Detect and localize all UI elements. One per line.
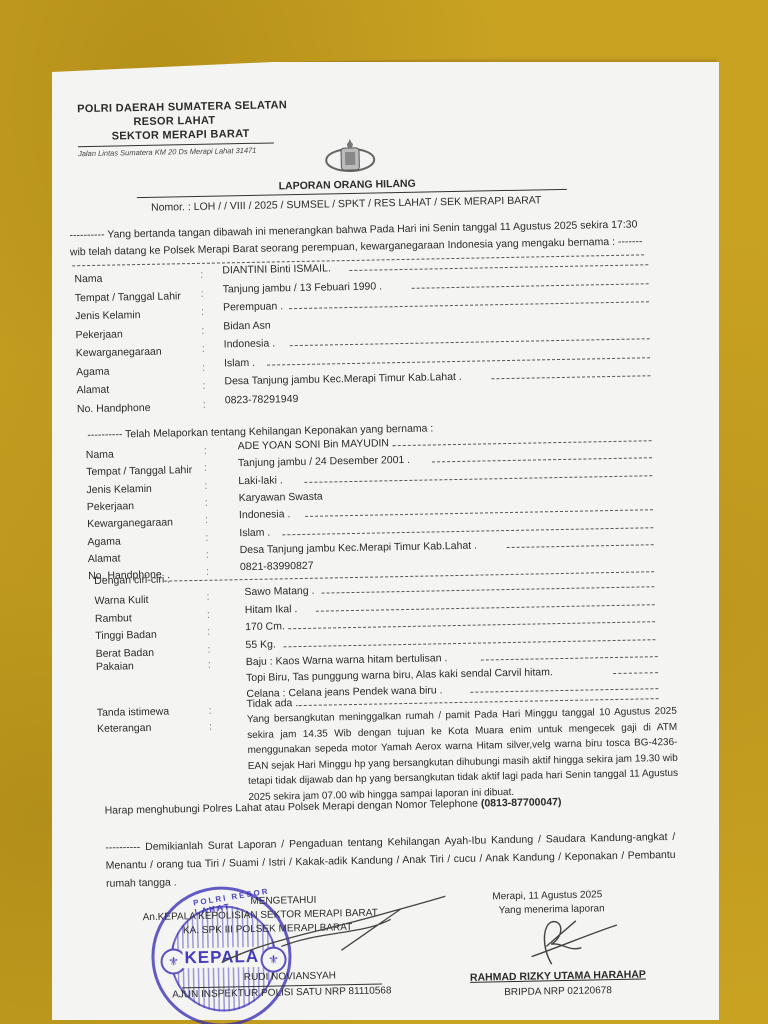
field-value: 0823-78291949 [225,393,299,406]
colon: : [204,479,207,491]
field-label: Alamat [76,384,109,397]
field-value: DIANTINI Binti ISMAIL. [222,262,331,276]
colon: : [206,591,209,603]
left-signature-scribble [220,888,451,972]
report-title: LAPORAN ORANG HILANG [279,178,416,193]
dash-line [164,571,654,581]
field-label: Nama [74,273,102,286]
place-date: Merapi, 11 Agustus 2025 [492,889,602,902]
receiver-role: Yang menerima laporan [499,903,605,916]
dash-line [613,672,658,674]
colon: : [204,445,207,457]
colon: : [209,705,212,717]
field-label: Tempat / Tanggal Lahir [86,464,192,478]
pakaian-values: Baju : Kaos Warna warna hitam bertulisan… [44,55,711,68]
colon: : [209,721,212,733]
colon: : [207,626,210,638]
dash-line [507,544,654,548]
tanda-istimewa-value: Tidak ada . [247,697,299,710]
report-number: Nomor. : LOH / / VIII / 2025 / SUMSEL / … [151,194,542,213]
field-value: Tanjung jambu / 13 Febuari 1990 . [223,280,383,295]
colon: : [206,549,209,561]
dash-line [321,586,654,593]
field-value: 0821-83990827 [240,560,314,573]
characteristics-heading: Dengan ciri-ciri : [94,574,170,587]
field-value: Karyawan Swasta [239,490,323,504]
field-value: 55 Kg. [245,638,276,651]
header-line-2: RESOR LAHAT [133,115,215,129]
dash-line [393,440,652,446]
colon: : [208,659,211,671]
dash-line [288,621,655,629]
field-label: Jenis Kelamin [75,309,141,322]
field-value: Desa Tanjung jambu Kec.Merapi Timur Kab.… [240,539,478,556]
dash-line [350,264,649,271]
closing-paragraph: ---------- Demikianlah Surat Laporan / P… [105,828,676,893]
colon: : [201,306,204,318]
field-label: Nama [86,449,114,462]
dash-line [316,604,655,612]
colon: : [202,343,205,355]
colon: : [206,566,209,578]
left-signer-name: RUDI NOVIANSYAH [244,970,336,983]
contact-phone: (0813-87700047) [481,796,562,810]
dash-line [492,375,651,379]
field-label: Pekerjaan [87,500,135,513]
dash-line [481,656,658,660]
tanda-istimewa-label: Tanda istimewa [97,706,170,719]
dash-line [283,639,655,647]
field-value: Islam . [239,526,270,539]
field-value: Islam . [224,356,255,369]
pakaian-line: Topi Biru, Tas punggung warna biru, Alas… [246,666,553,684]
header-line-3: SEKTOR MERAPI BARAT [112,128,250,143]
keterangan-value: Yang bersangkutan meninggalkan rumah / p… [247,704,679,805]
colon: : [204,462,207,474]
colon: : [203,398,206,410]
pakaian-label: Pakaian [96,660,134,673]
police-emblem-icon [324,137,377,174]
dash-line [432,458,652,463]
field-label: Rambut [95,612,132,625]
colon: : [205,531,208,543]
field-value: ADE YOAN SONI Bin MAYUDIN . [238,437,395,452]
field-label: Kewarganegaraan [87,517,173,531]
receiver-rank: BRIPDA NRP 02120678 [504,985,612,998]
dash-line [411,283,648,289]
dash-line [289,301,649,309]
field-value: Perempuan . [223,300,283,313]
field-label: Alamat [88,552,121,565]
field-label: Tempat / Tanggal Lahir [75,290,181,304]
colon: : [207,643,210,655]
colon: : [201,324,204,336]
field-value: Tanjung jambu / 24 Desember 2001 . [238,454,410,469]
field-value: Sawo Matang . [244,585,314,598]
field-label: Jenis Kelamin [86,482,152,495]
field-label: Pekerjaan [75,328,123,341]
field-label: Kewarganegaraan [76,346,162,360]
field-label: Tinggi Badan [95,629,157,642]
field-value: Desa Tanjung jambu Kec.Merapi Timur Kab.… [224,371,462,388]
field-value: Indonesia . [239,508,291,521]
dash-line [283,527,654,535]
missing-person-fields: Nama:ADE YOAN SONI Bin MAYUDIN .Tempat /… [44,55,711,68]
field-value: Indonesia . [224,337,276,350]
colon: : [202,361,205,373]
reporter-fields: Nama:DIANTINI Binti ISMAIL.Tempat / Tang… [44,55,711,68]
colon: : [202,380,205,392]
receiver-name: RAHMAD RIZKY UTAMA HARAHAP [470,968,646,983]
field-label: Agama [76,365,110,378]
field-label: Berat Badan [96,646,155,659]
field-label: Warna Kulit [95,594,149,607]
field-value: Bidan Asn [223,319,271,332]
field-label: Agama [87,535,121,548]
pakaian-line: Baju : Kaos Warna warna hitam bertulisan… [246,652,448,668]
colon: : [201,287,204,299]
field-value: 170 Cm. [245,620,285,633]
field-value: Laki-laki . [238,474,283,487]
characteristics-fields: Warna Kulit:Sawo Matang .Rambut:Hitam Ik… [44,55,711,68]
police-report-document: POLRI DAERAH SUMATERA SELATAN RESOR LAHA… [44,55,729,1024]
colon: : [207,608,210,620]
colon: : [200,269,203,281]
right-signature-scribble [521,915,622,969]
keterangan-label: Keterangan [97,722,152,735]
field-label: No. Handphone [77,401,151,414]
colon: : [205,497,208,509]
header-address: Jalan Lintas Sumatera KM 20 Ds Merapi La… [78,146,257,158]
header-line-1: POLRI DAERAH SUMATERA SELATAN [77,99,287,115]
dash-line [470,688,658,693]
dash-line [304,475,652,483]
field-value: Hitam Ikal . [245,603,298,616]
dash-line [289,338,649,346]
dash-line [267,357,650,365]
dash-line [305,509,653,517]
contact-text: Harap menghubungi Polres Lahat atau Pols… [105,798,479,817]
colon: : [205,514,208,526]
